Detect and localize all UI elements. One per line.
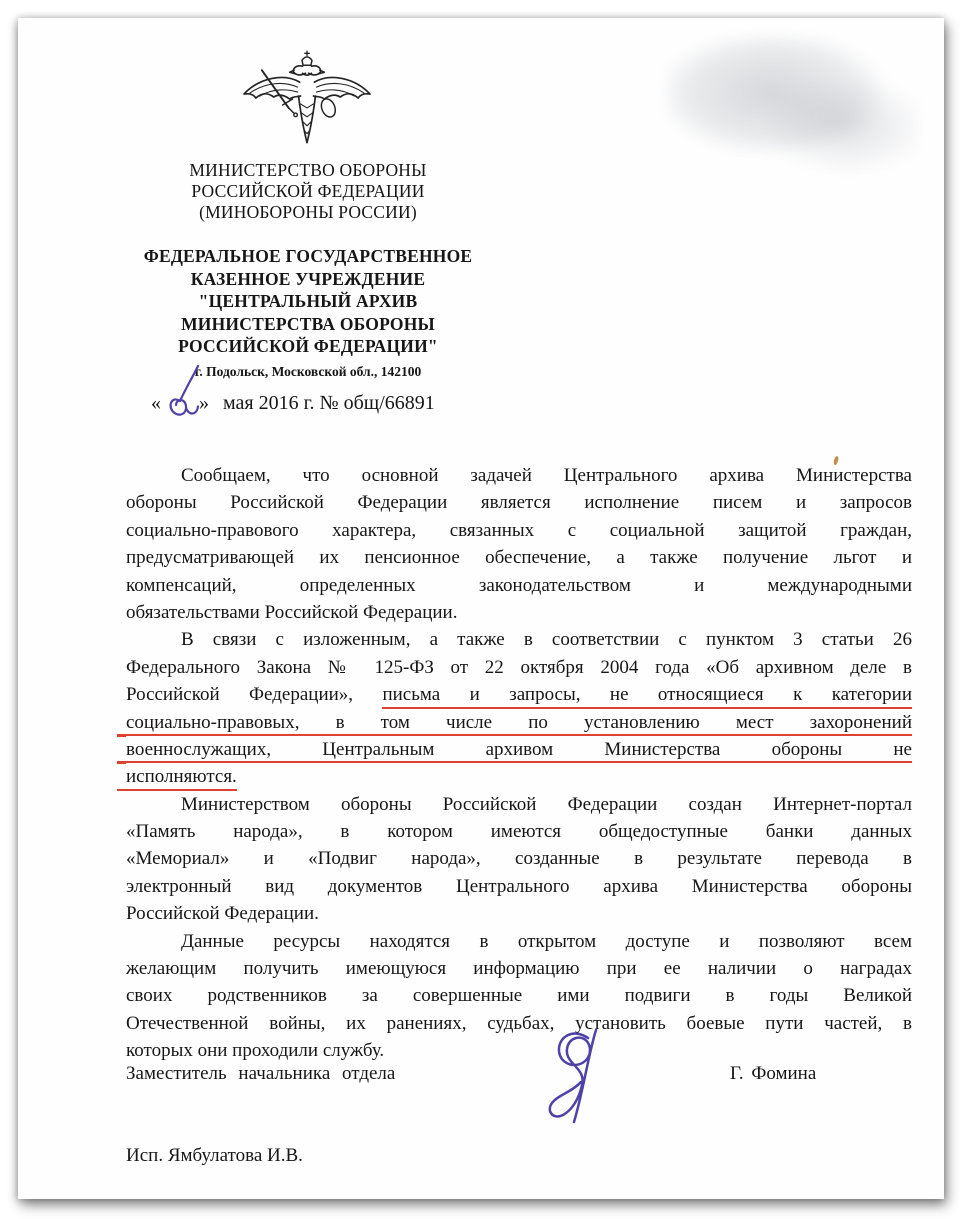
body-text-segment: В связи с изложенным, а также в соответс… (181, 629, 912, 650)
date-number-text: мая 2016 г. № общ/66891 (223, 392, 435, 414)
body-line: обязательствами Российской Федерации. (126, 599, 912, 626)
institution-line: "ЦЕНТРАЛЬНЫЙ АРХИВ (98, 290, 518, 313)
body-line: Российской Федерации», письма и запросы,… (126, 681, 912, 708)
handwritten-day-slot (161, 408, 199, 409)
open-quote: « (151, 392, 161, 414)
ministry-line: РОССИЙСКОЙ ФЕДЕРАЦИИ (108, 181, 508, 202)
body-line: «Память народа», в котором имеются общед… (126, 818, 912, 845)
institution-line: МИНИСТЕРСТВА ОБОРОНЫ (98, 313, 518, 336)
red-underlined-text: военнослужащих, Центральным архивом Мини… (126, 739, 912, 764)
body-text-segment: социально-правового характера, связанных… (126, 520, 912, 541)
body-text-segment: «Мемориал» и «Подвиг народа», созданные … (126, 848, 912, 869)
red-underlined-text: письма и запросы, не относящиеся к катег… (382, 684, 912, 709)
body-line: В связи с изложенным, а также в соответс… (126, 626, 912, 653)
body-text-segment: Отечественной войны, их ранениях, судьба… (126, 1013, 912, 1034)
body-line: своих родственников за совершенные ими п… (126, 982, 912, 1009)
body-line: компенсаций, определенных законодательст… (126, 572, 912, 599)
institution-line: ФЕДЕРАЛЬНОЕ ГОСУДАРСТВЕННОЕ (98, 245, 518, 268)
institution-line: РОССИЙСКОЙ ФЕДЕРАЦИИ" (98, 335, 518, 358)
body-text-segment: «Память народа», в котором имеются общед… (126, 821, 912, 842)
body-text-segment: Министерством обороны Российской Федерац… (181, 794, 912, 815)
body-text-segment: своих родственников за совершенные ими п… (126, 985, 912, 1006)
body-text-segment: обороны Российской Федерации является ис… (126, 492, 912, 513)
body-line: социально-правовых, в том числе по устан… (126, 709, 912, 736)
red-underlined-text: исполняются. (126, 766, 237, 791)
mod-eagle-emblem (240, 51, 374, 148)
body-text-segment: обязательствами Российской Федерации. (126, 602, 457, 623)
handwritten-day-ink (161, 364, 201, 426)
body-line: Федерального Закона № 125-ФЗ от 22 октяб… (126, 654, 912, 681)
scanned-letter-page: МИНИСТЕРСТВО ОБОРОНЫ РОССИЙСКОЙ ФЕДЕРАЦИ… (18, 18, 944, 1199)
body-line: электронный вид документов Центрального … (126, 873, 912, 900)
body-line: Данные ресурсы находятся в открытом дост… (126, 928, 912, 955)
body-text-segment: желающим получить имеющуюся информацию п… (126, 958, 912, 979)
scanned-letter-screenshot: { "letterhead": { "emblem_name": "russia… (0, 0, 960, 1219)
body-line: Российской Федерации. (126, 900, 912, 927)
red-underlined-text: социально-правовых, в том числе по устан… (126, 712, 912, 737)
body-text-segment: которых они проходили службу. (126, 1040, 384, 1061)
body-line: Отечественной войны, их ранениях, судьба… (126, 1010, 912, 1037)
signer-position-title: Заместитель начальника отдела (126, 1063, 395, 1085)
body-line: исполняются. (126, 763, 912, 790)
body-line: Министерством обороны Российской Федерац… (126, 791, 912, 818)
body-line: предусматривающей их пенсионное обеспече… (126, 544, 912, 571)
scan-smudge-artifact (666, 34, 918, 182)
body-line: Сообщаем, что основной задачей Центральн… (126, 462, 912, 489)
body-line: желающим получить имеющуюся информацию п… (126, 955, 912, 982)
body-text-segment: Федерального Закона № 125-ФЗ от 22 октяб… (126, 657, 912, 678)
date-and-number-line: « »мая 2016 г. № общ/66891 (151, 392, 435, 415)
body-line: «Мемориал» и «Подвиг народа», созданные … (126, 845, 912, 872)
ministry-line: (МИНОБОРОНЫ РОССИИ) (108, 202, 508, 223)
institution-line: КАЗЕННОЕ УЧРЕЖДЕНИЕ (98, 268, 518, 291)
letter-body: Сообщаем, что основной задачей Центральн… (126, 462, 912, 1065)
body-text-segment: Сообщаем, что основной задачей Центральн… (181, 465, 912, 486)
body-text-segment: Российской Федерации. (126, 903, 319, 924)
ministry-name-block: МИНИСТЕРСТВО ОБОРОНЫ РОССИЙСКОЙ ФЕДЕРАЦИ… (108, 160, 508, 223)
executor-line: Исп. Ямбулатова И.В. (126, 1145, 303, 1167)
body-line: военнослужащих, Центральным архивом Мини… (126, 736, 912, 763)
body-line: обороны Российской Федерации является ис… (126, 489, 912, 516)
body-line: социально-правового характера, связанных… (126, 517, 912, 544)
handwritten-signature-ink (536, 1026, 612, 1128)
body-text-segment: Российской Федерации», (126, 684, 382, 705)
body-line: которых они проходили службу. (126, 1037, 912, 1064)
signer-name: Г. Фомина (730, 1063, 816, 1085)
body-text-segment: компенсаций, определенных законодательст… (126, 575, 912, 596)
body-text-segment: электронный вид документов Центрального … (126, 876, 912, 897)
ministry-line: МИНИСТЕРСТВО ОБОРОНЫ (108, 160, 508, 181)
body-text-segment: Данные ресурсы находятся в открытом дост… (181, 931, 912, 952)
body-text-segment: предусматривающей их пенсионное обеспече… (126, 547, 912, 568)
institution-name-block: ФЕДЕРАЛЬНОЕ ГОСУДАРСТВЕННОЕ КАЗЕННОЕ УЧР… (98, 245, 518, 358)
